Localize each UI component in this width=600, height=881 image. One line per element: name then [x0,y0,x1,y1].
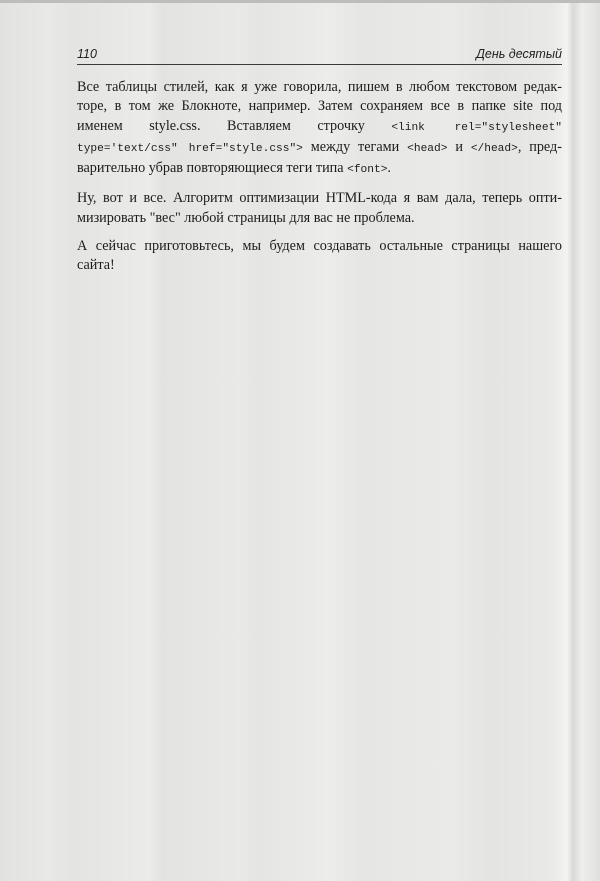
chapter-title: День десятый [476,47,562,61]
code-fragment: <link rel="stylesheet" [391,122,562,134]
text-line: Ну, вот и все. Алгоритм оптимизации HTML… [77,189,562,208]
text-fragment: . [387,160,391,176]
body-text: Все таблицы стилей, как я уже говорила, … [77,78,562,285]
text-fragment: А сейчас приготовьтесь, мы будем создава… [77,238,562,254]
text-fragment: торе, в том же Блокноте, например. Затем… [77,98,562,114]
page-top-edge [0,0,600,3]
code-fragment: type='text/css" href="style.css"> [77,143,303,155]
text-fragment: Все таблицы стилей, как я уже говорила, … [77,79,562,95]
page-number: 110 [77,47,97,61]
text-fragment: между тегами [303,139,407,155]
text-fragment: , пред- [518,139,562,155]
text-line: type='text/css" href="style.css"> между … [77,138,562,159]
text-fragment: варительно убрав повторяющиеся теги типа [77,160,347,176]
text-fragment: именем style.css. Вставляем строчку [77,118,391,134]
text-line: Все таблицы стилей, как я уже говорила, … [77,78,562,97]
code-fragment: </head> [471,143,518,155]
scanned-page: 110 День десятый Все таблицы стилей, как… [0,0,600,881]
text-line: мизировать "вес" любой страницы для вас … [77,209,562,228]
text-line: сайта! [77,256,562,275]
text-line: именем style.css. Вставляем строчку <lin… [77,117,562,138]
paragraph: Все таблицы стилей, как я уже говорила, … [77,78,562,180]
text-line: А сейчас приготовьтесь, мы будем создава… [77,237,562,256]
text-line: варительно убрав повторяющиеся теги типа… [77,159,562,180]
code-fragment: <font> [347,164,387,176]
text-line: торе, в том же Блокноте, например. Затем… [77,97,562,116]
code-fragment: <head> [407,143,447,155]
text-fragment: и [447,139,470,155]
paragraph: Ну, вот и все. Алгоритм оптимизации HTML… [77,189,562,228]
text-fragment: сайта! [77,257,115,273]
text-fragment: Ну, вот и все. Алгоритм оптимизации HTML… [77,190,562,206]
text-fragment: мизировать "вес" любой страницы для вас … [77,210,415,226]
running-header: 110 День десятый [77,44,562,65]
paragraph: А сейчас приготовьтесь, мы будем создава… [77,237,562,276]
